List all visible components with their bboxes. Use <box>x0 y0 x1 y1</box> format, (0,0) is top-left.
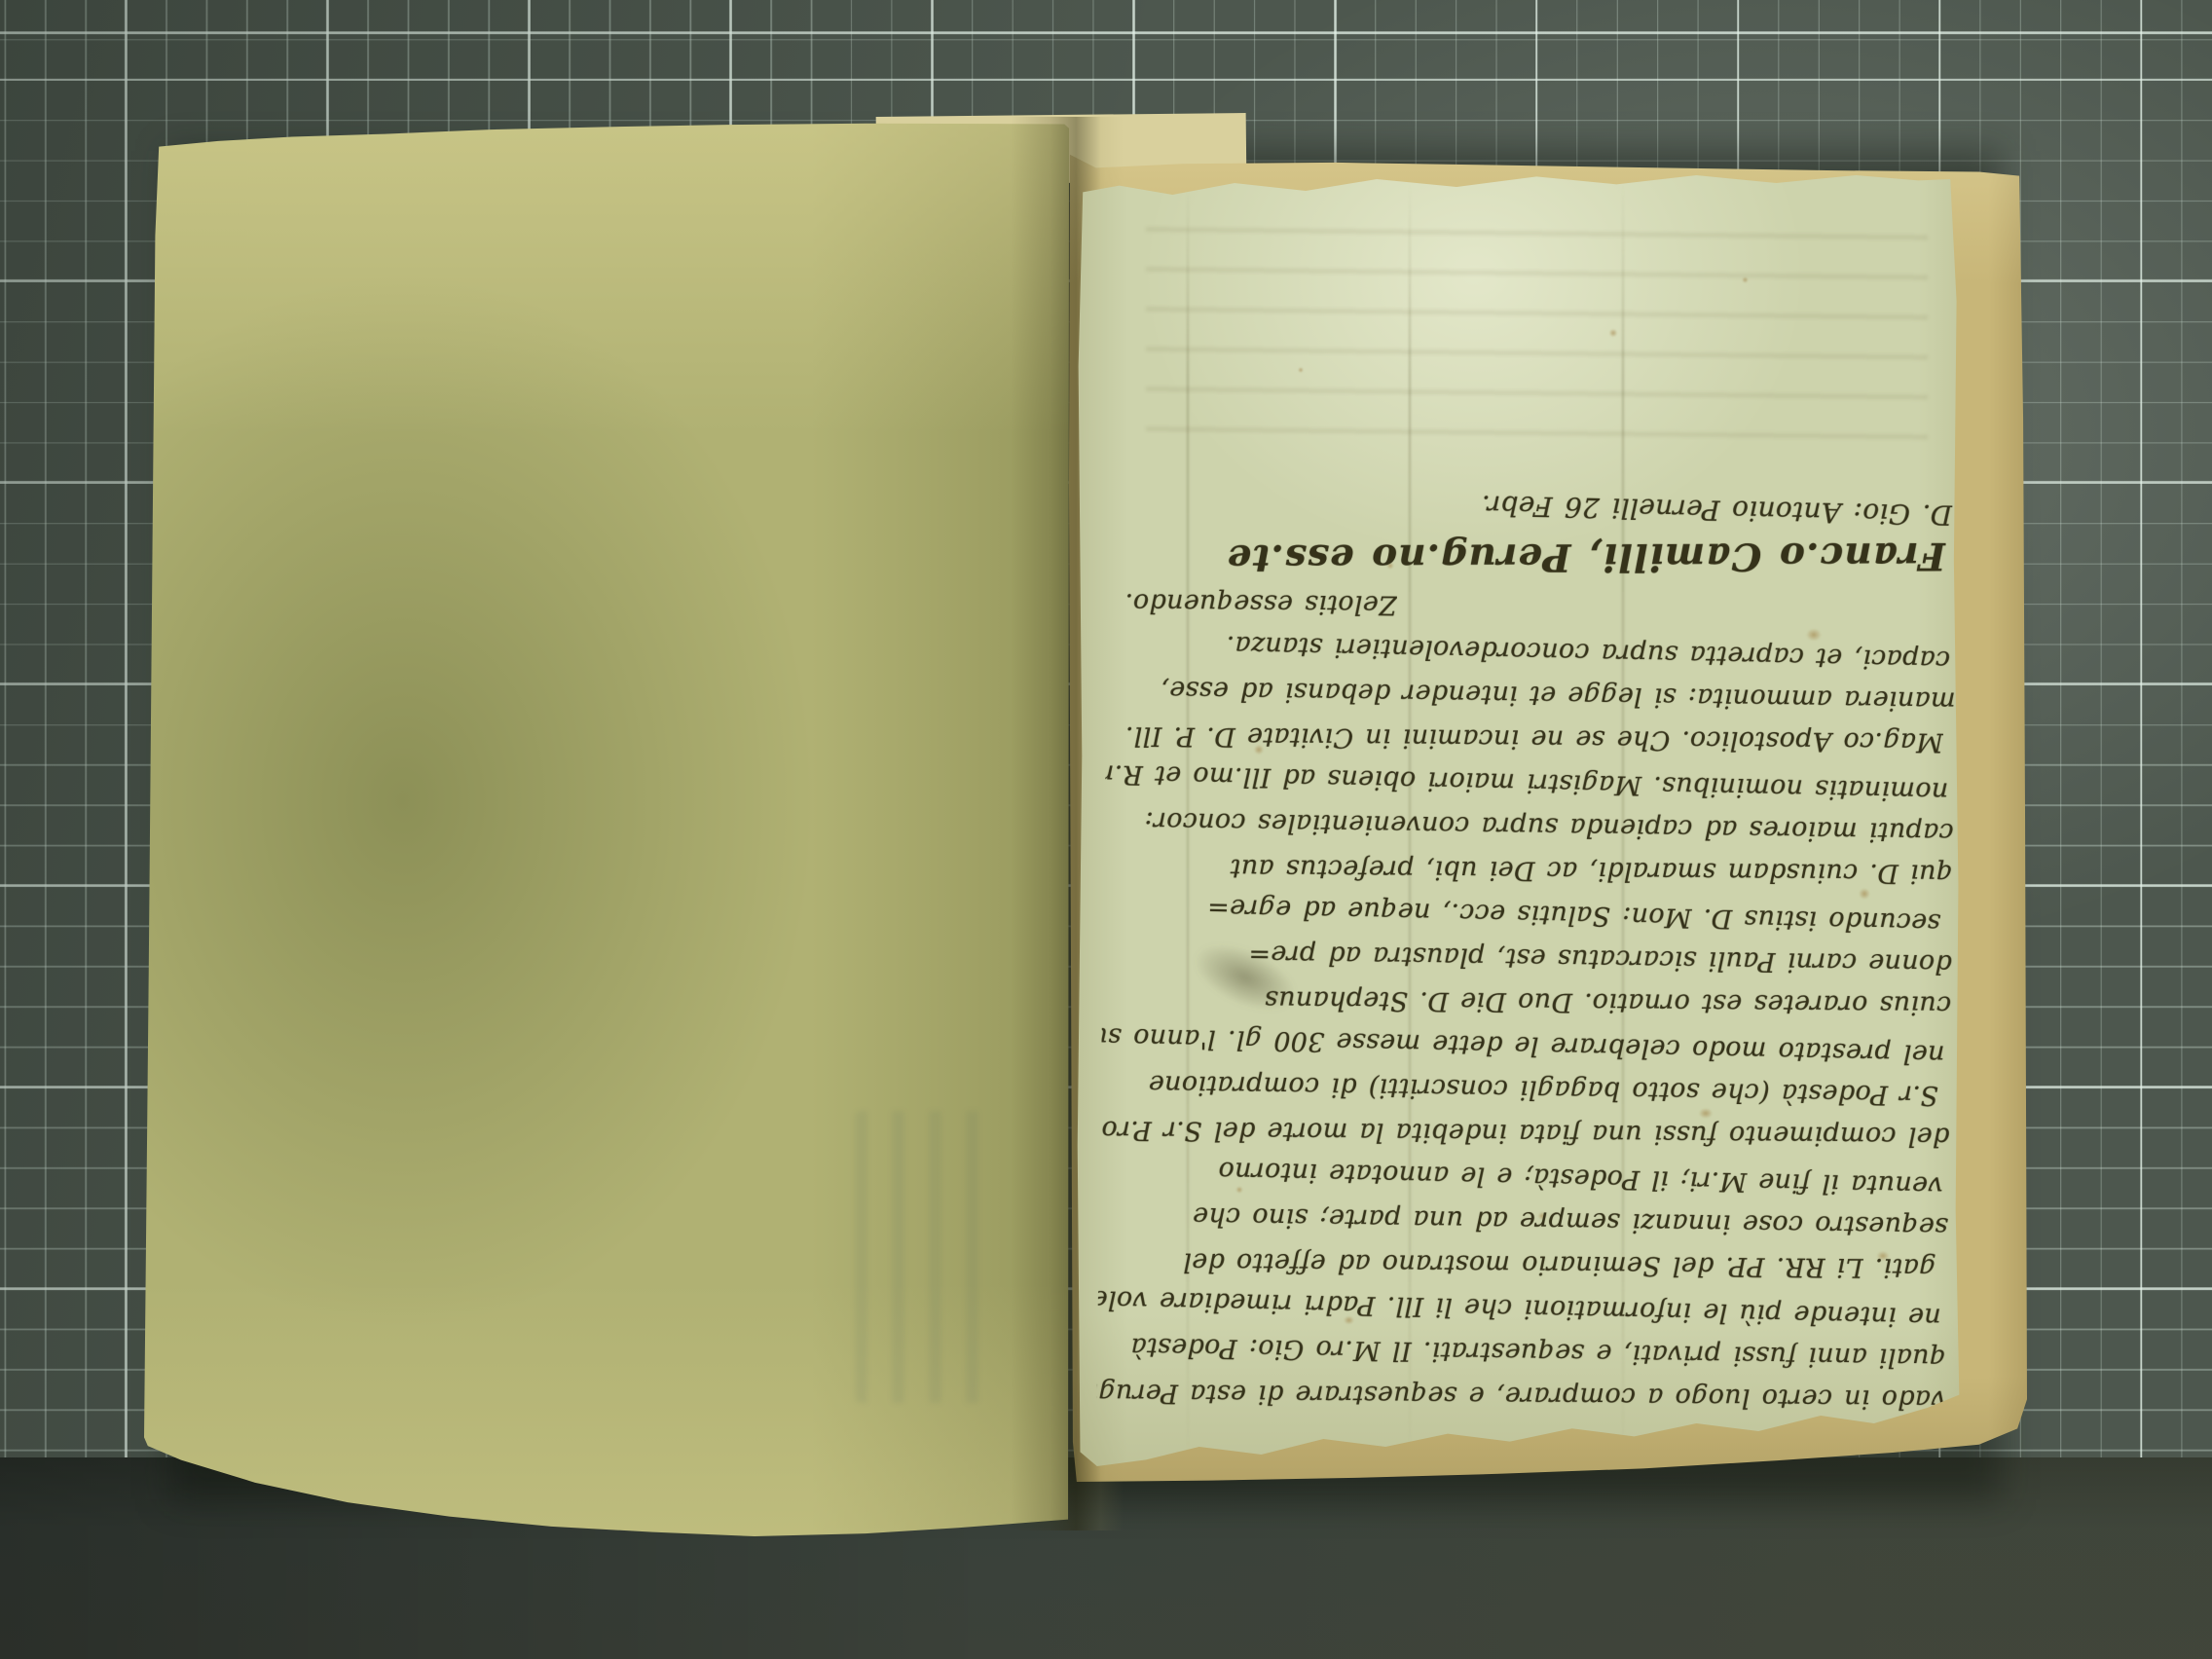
manuscript-text: vado in certo luogo a comprare, e seques… <box>1097 485 1959 1417</box>
manuscript-line: nominatis nominibus. Magistri maiori obi… <box>1105 759 1948 806</box>
manuscript-line: venuta il fine M.ri; il Podestà; e le an… <box>1100 1154 1943 1200</box>
archival-photo: vado in certo luogo a comprare, e seques… <box>0 0 2212 1659</box>
manuscript-line: ne intende più le informationi che li Il… <box>1098 1285 1941 1332</box>
manuscript-line: maniera ammonita: si legge et intender d… <box>1107 675 1956 716</box>
manuscript-page: vado in certo luogo a comprare, e seques… <box>1075 171 1963 1470</box>
manuscript-line: quali anni fussi privati, e sequestrati.… <box>1097 1332 1946 1373</box>
manuscript-line: gati. Li RR. PP. del Seminario mostrano … <box>1099 1246 1936 1281</box>
manuscript-signature-line: Franc.o Camilli, Perug.no ess.te <box>1109 535 1946 579</box>
manuscript-line: del compimento fussi una fiata indebita … <box>1100 1115 1949 1151</box>
manuscript-line: qui D. cuiusdam smaraldi, ac Dei ubi, pr… <box>1104 852 1953 888</box>
folder-left-leaf <box>144 123 1069 1536</box>
manuscript-line: cuius oraretes est ornatio. Duo Die D. S… <box>1102 983 1951 1019</box>
manuscript-line: secundo istius D. Mon: Salutis ecc., neq… <box>1103 891 1940 938</box>
manuscript-line: nel prestato modo celebrare le dette mes… <box>1102 1022 1945 1069</box>
manuscript-line: vado in certo luogo a comprare, e seques… <box>1097 1378 1946 1414</box>
fox-spot <box>1741 276 1750 284</box>
manuscript-closing-line: Zelotis essequendo. <box>1108 588 1397 619</box>
manuscript-dateline: D. Gio: Antonio Pernelli 26 Febr. <box>1109 482 1952 530</box>
stamp-showthrough <box>855 1111 986 1403</box>
manuscript-line: S.r Podestà (che sotto bagagli conscritt… <box>1101 1069 1938 1110</box>
manuscript-line: capaci, et capretta supra concordevolent… <box>1107 628 1950 675</box>
manuscript-line: sequestro cose innanzi sempre ad una par… <box>1099 1200 1948 1241</box>
manuscript-line: donne carni Pauli sicarcatus est, plaust… <box>1103 938 1952 978</box>
manuscript-line: Mag.co Apostolico. Che se ne incamini in… <box>1106 720 1943 756</box>
ink-bleedthrough <box>1146 210 1928 444</box>
manuscript-line: caputi maiores ad capienda supra conveni… <box>1105 806 1954 847</box>
